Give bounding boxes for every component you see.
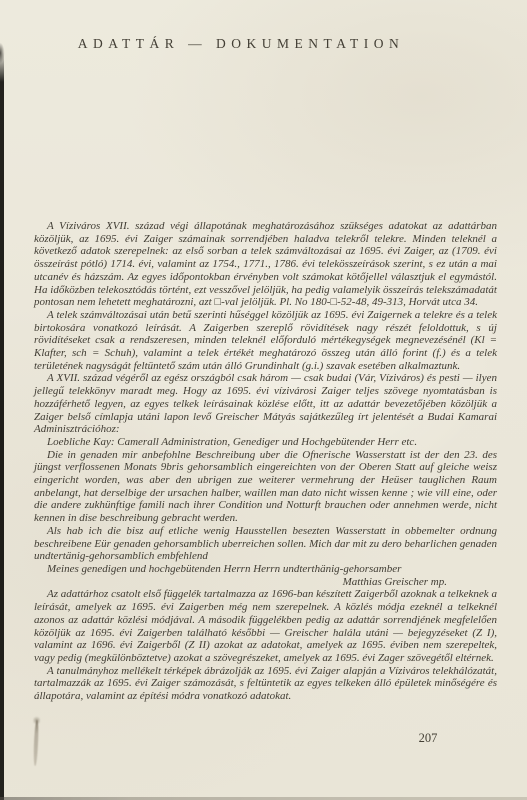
page-number: 207: [404, 731, 452, 746]
page-title: ADATTÁR — DOKUMENTATION: [0, 36, 482, 52]
scan-edge-left: [0, 52, 4, 800]
document-body: A Víziváros XVII. század végi állapotána…: [34, 220, 497, 703]
paragraph-abbreviations: A telek számváltozásai után betű szerint…: [34, 309, 497, 373]
paragraph-intro: A Víziváros XVII. század végi állapotána…: [34, 220, 497, 309]
paragraph-appendix: Az adattárhoz csatolt első függelék tart…: [34, 588, 497, 664]
paragraph-maps: A tanulmányhoz mellékelt térképek ábrázo…: [34, 665, 497, 703]
signature-line: Matthias Greischer mp.: [34, 576, 497, 589]
paragraph-quote-salutation: Loebliche Kay: Camerall Administration, …: [34, 436, 497, 449]
paragraph-quote-german-1: Die in genaden mir anbefohlne Beschreibu…: [34, 449, 497, 525]
paragraph-quote-german-2: Als hab ich die bisz auf etliche wenig H…: [34, 525, 497, 563]
paragraph-zaiger-history: A XVII. század végéről az egész országbó…: [34, 372, 497, 436]
paragraph-quote-closing: Meines genedigen und hochgebütenden Herr…: [34, 563, 497, 576]
